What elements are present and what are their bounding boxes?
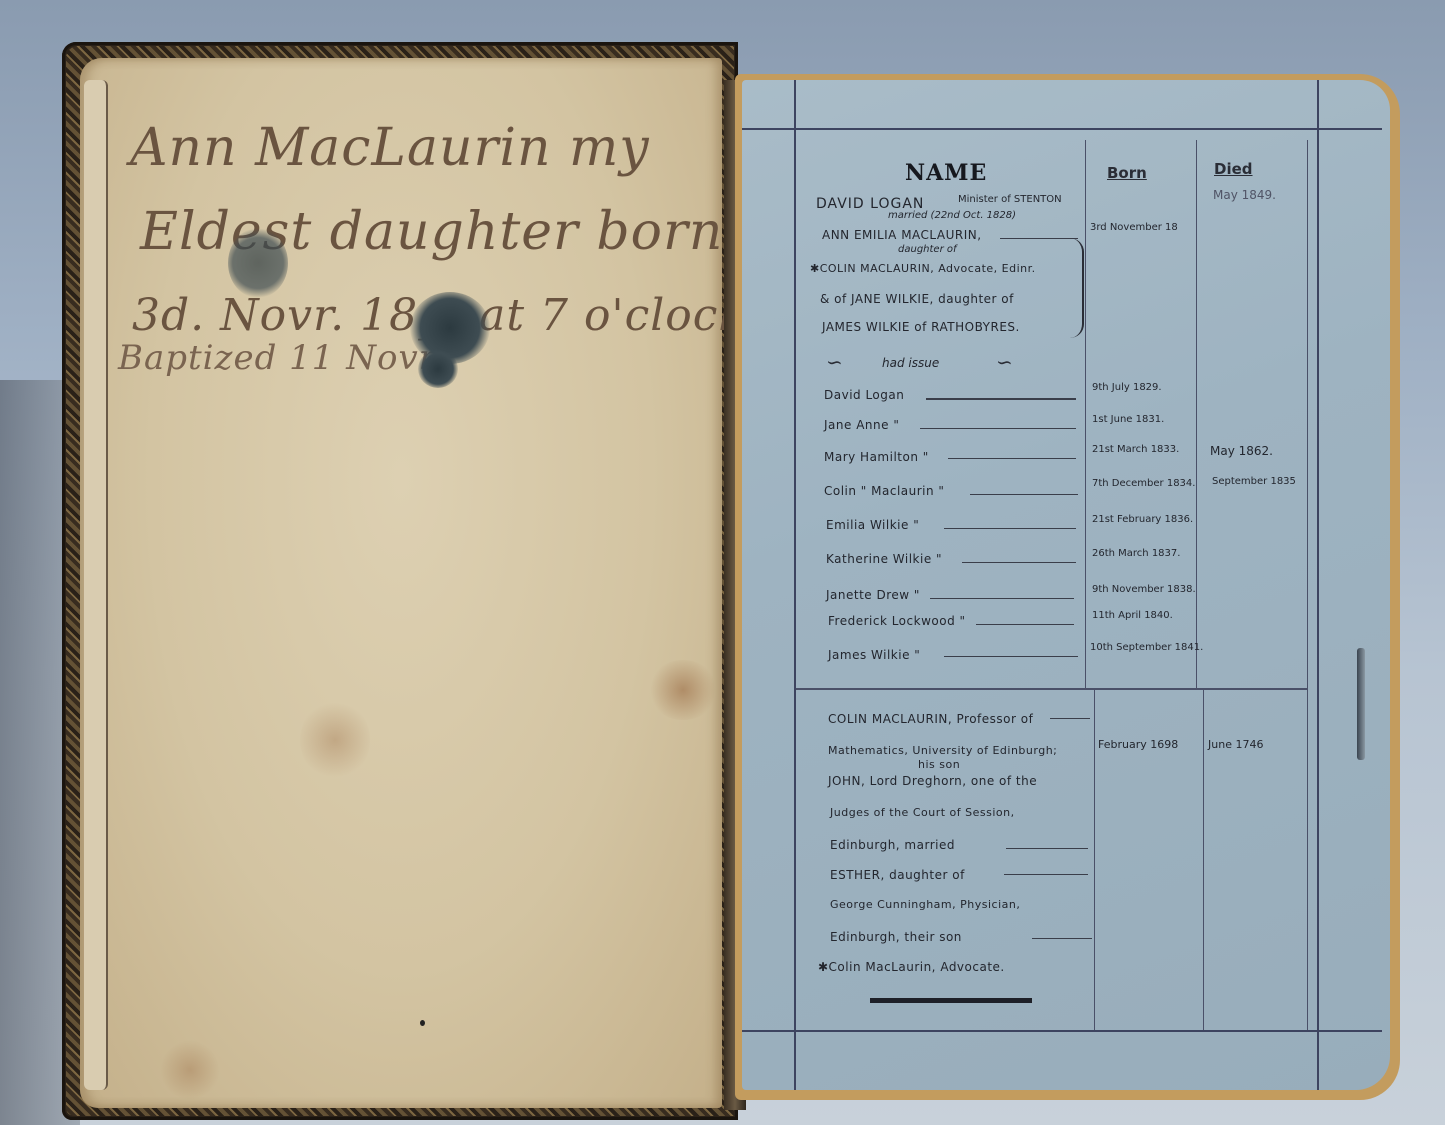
child-born: 10th September 1841. <box>1090 642 1203 653</box>
ancestry-line: ESTHER, daughter of <box>830 868 965 882</box>
leader-line <box>1006 848 1088 849</box>
daughter-of-label: daughter of <box>898 244 957 255</box>
ancestry-line: Mathematics, University of Edinburgh; <box>828 744 1057 757</box>
column-divider-lower-2 <box>1203 690 1204 1030</box>
child-name: James Wilkie " <box>828 648 920 662</box>
page-clip <box>1357 648 1365 760</box>
ancestry-died: June 1746 <box>1208 738 1263 751</box>
footer-line-bottom <box>742 1030 1382 1032</box>
father-title: Minister of STENTON <box>958 194 1062 205</box>
ancestry-line: Edinburgh, married <box>830 838 955 852</box>
marriage-date: married (22nd Oct. 1828) <box>888 210 1016 221</box>
inscription-line-2: Eldest daughter born <box>140 202 723 262</box>
closing-rule <box>870 998 1032 1003</box>
child-born: 21st March 1833. <box>1092 444 1179 455</box>
leader-line <box>1050 718 1090 719</box>
grandfather-name: ✱COLIN MACLAURIN, Advocate, Edinr. <box>810 262 1036 275</box>
leader-line <box>1000 238 1078 239</box>
ancestry-line: his son <box>918 758 960 771</box>
father-died: May 1849. <box>1213 188 1276 202</box>
leader-line <box>962 562 1076 563</box>
speck <box>420 1020 425 1026</box>
bracket <box>1070 238 1084 338</box>
flyleaf-edge <box>84 80 108 1090</box>
wax-seal-drip <box>418 350 458 388</box>
child-born: 26th March 1837. <box>1092 548 1180 559</box>
had-issue-label: had issue <box>882 356 939 370</box>
grandmother-name: & of JANE WILKIE, daughter of <box>820 292 1014 306</box>
ancestry-line: COLIN MACLAURIN, Professor of <box>828 712 1033 726</box>
child-name: Frederick Lockwood " <box>828 614 966 628</box>
child-name: Colin " Maclaurin " <box>824 484 944 498</box>
child-born: 1st June 1831. <box>1092 414 1164 425</box>
mother-born: 3rd November 18 <box>1090 222 1178 233</box>
margin-line-right <box>1317 80 1319 1090</box>
inscription-line-1: Ann MacLaurin my <box>130 118 650 178</box>
ink-blot <box>228 228 288 298</box>
leader-line <box>926 398 1076 400</box>
leader-line <box>920 428 1076 429</box>
flourish-right: ∽ <box>996 350 1013 374</box>
child-died: September 1835 <box>1212 476 1296 487</box>
child-born: 7th December 1834. <box>1092 478 1195 489</box>
child-name: Mary Hamilton " <box>824 450 929 464</box>
ancestry-line: ✱Colin MacLaurin, Advocate. <box>818 960 1005 974</box>
leader-line <box>976 624 1074 625</box>
leader-line <box>930 598 1074 599</box>
ancestry-line: Edinburgh, their son <box>830 930 962 944</box>
header-line-top <box>742 128 1382 130</box>
child-born: 9th November 1838. <box>1092 584 1196 595</box>
child-died: May 1862. <box>1210 444 1273 458</box>
stain <box>300 700 370 780</box>
leader-line <box>970 494 1078 495</box>
child-name: David Logan <box>824 388 904 402</box>
leader-line <box>1004 874 1088 875</box>
flourish-left: ∽ <box>826 350 843 374</box>
ancestry-line: George Cunningham, Physician, <box>830 898 1020 911</box>
child-name: Jane Anne " <box>824 418 899 432</box>
header-born: Born <box>1107 164 1147 182</box>
section-divider <box>796 688 1308 690</box>
child-born: 11th April 1840. <box>1092 610 1173 621</box>
ancestry-born: February 1698 <box>1098 738 1178 751</box>
header-died: Died <box>1214 160 1253 178</box>
column-divider-died-end <box>1307 140 1308 1030</box>
leader-line <box>944 528 1076 529</box>
leader-line <box>944 656 1078 657</box>
great-grandfather-name: JAMES WILKIE of RATHOBYRES. <box>822 320 1020 334</box>
stain <box>160 1040 220 1100</box>
ancestry-line: JOHN, Lord Dreghorn, one of the <box>828 774 1037 788</box>
child-name: Katherine Wilkie " <box>826 552 942 566</box>
stain <box>648 660 718 720</box>
column-divider-name-born <box>1085 140 1086 688</box>
column-divider-lower-1 <box>1094 690 1095 1030</box>
leader-line <box>948 458 1076 459</box>
child-name: Janette Drew " <box>826 588 920 602</box>
ancestry-line: Judges of the Court of Session, <box>830 806 1015 819</box>
margin-line-left <box>794 80 796 1090</box>
child-born: 9th July 1829. <box>1092 382 1162 393</box>
child-born: 21st February 1836. <box>1092 514 1193 525</box>
inscription-line-4: Baptized 11 Novr. <box>118 338 444 378</box>
leader-line <box>1032 938 1092 939</box>
child-name: Emilia Wilkie " <box>826 518 919 532</box>
column-divider-born-died <box>1196 140 1197 688</box>
mother-name: ANN EMILIA MACLAURIN, <box>822 228 982 242</box>
header-name: NAME <box>905 160 987 186</box>
